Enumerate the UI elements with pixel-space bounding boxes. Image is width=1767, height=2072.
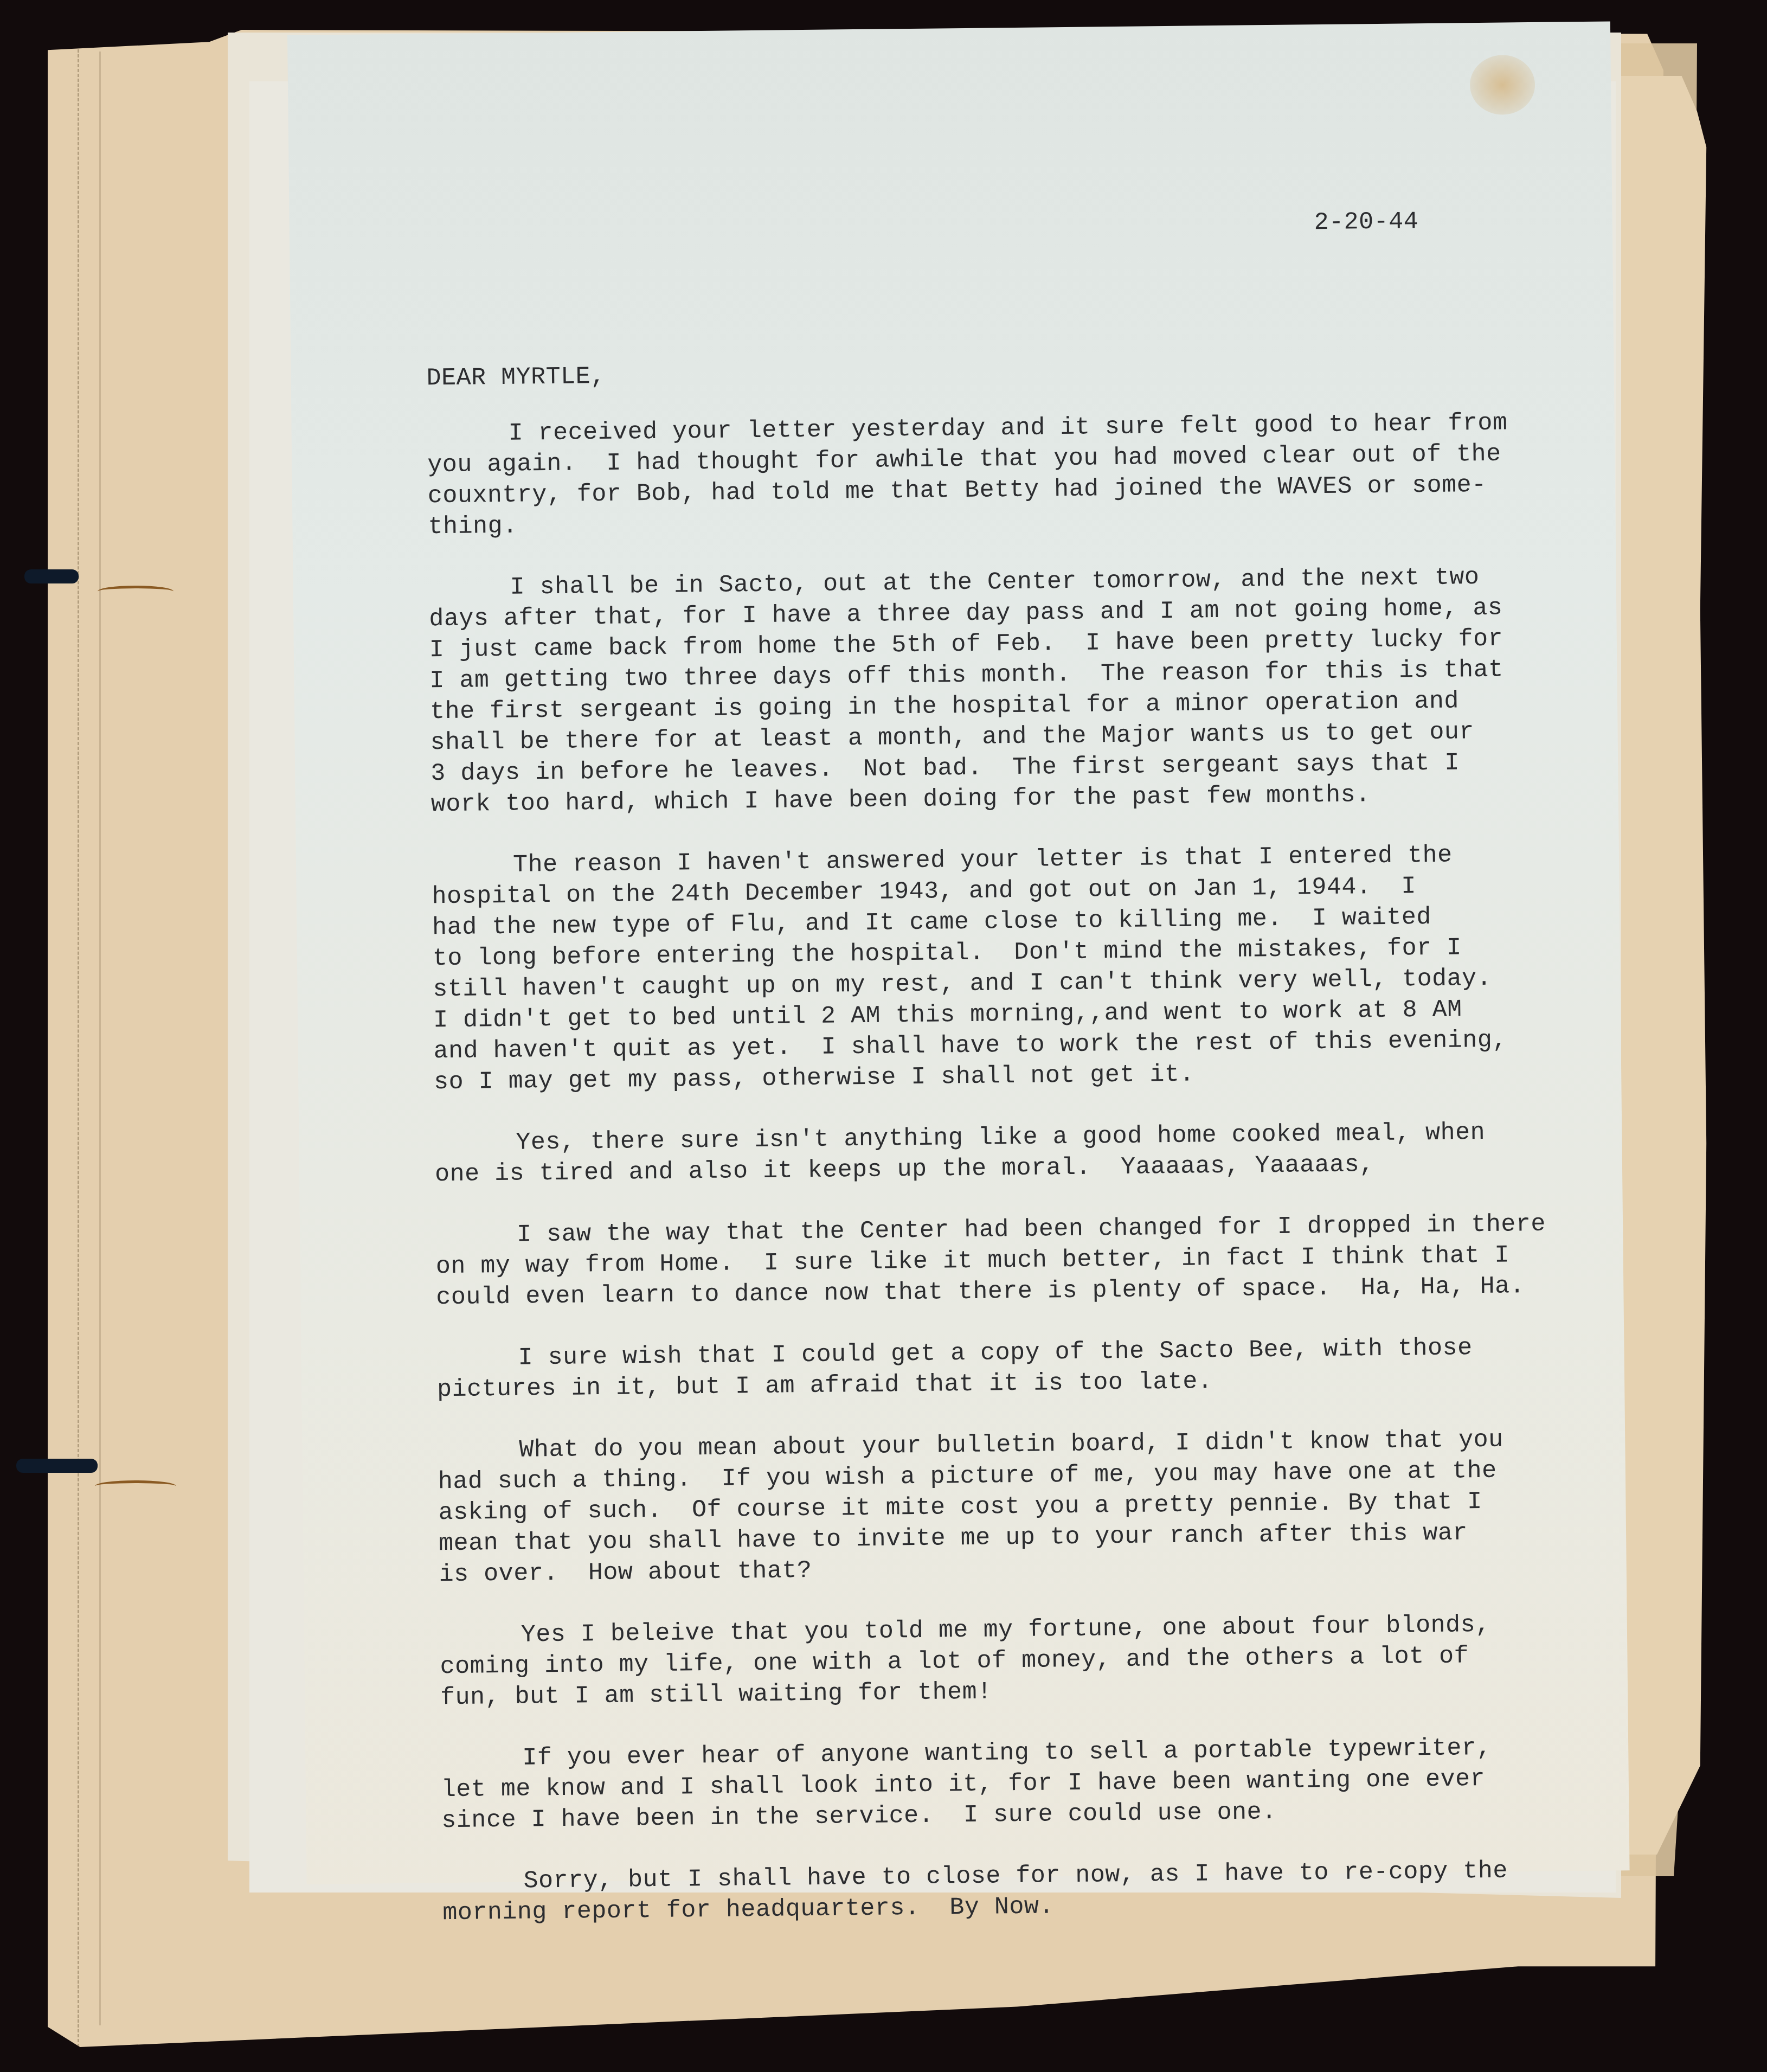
letter-paragraph: What do you mean about your bulletin boa… [438, 1423, 1567, 1590]
binding-thread-bottom [16, 1459, 98, 1473]
letter-paragraph: Sorry, but I shall have to close for now… [442, 1855, 1570, 1928]
letter-paragraph: If you ever hear of anyone wanting to se… [441, 1731, 1570, 1836]
binding-tear-top [98, 586, 174, 597]
letter-page: 2-20-44 DEAR MYRTLE, I received your let… [287, 21, 1630, 1884]
letter-paragraph: I received your letter yesterday and it … [427, 407, 1556, 543]
binding-thread-top [24, 569, 79, 583]
letter-salutation: DEAR MYRTLE, [426, 363, 606, 392]
letter-paragraph: Yes I beleive that you told me my fortun… [440, 1608, 1569, 1713]
letter-date: 2-20-44 [1314, 208, 1418, 236]
water-stain [1470, 55, 1535, 115]
letter-paragraph: I sure wish that I could get a copy of t… [436, 1331, 1565, 1405]
letter-content: 2-20-44 DEAR MYRTLE, I received your let… [425, 207, 1553, 219]
letter-paragraph: I saw the way that the Center had been c… [435, 1208, 1564, 1313]
binding-tear-bottom [95, 1480, 176, 1492]
letter-paragraph: I shall be in Sacto, out at the Center t… [428, 561, 1559, 820]
letter-body: I received your letter yesterday and it … [427, 407, 1571, 1959]
letter-paragraph: Yes, there sure isn't anything like a go… [434, 1116, 1563, 1190]
letter-paragraph: The reason I haven't answered your lette… [432, 839, 1562, 1098]
